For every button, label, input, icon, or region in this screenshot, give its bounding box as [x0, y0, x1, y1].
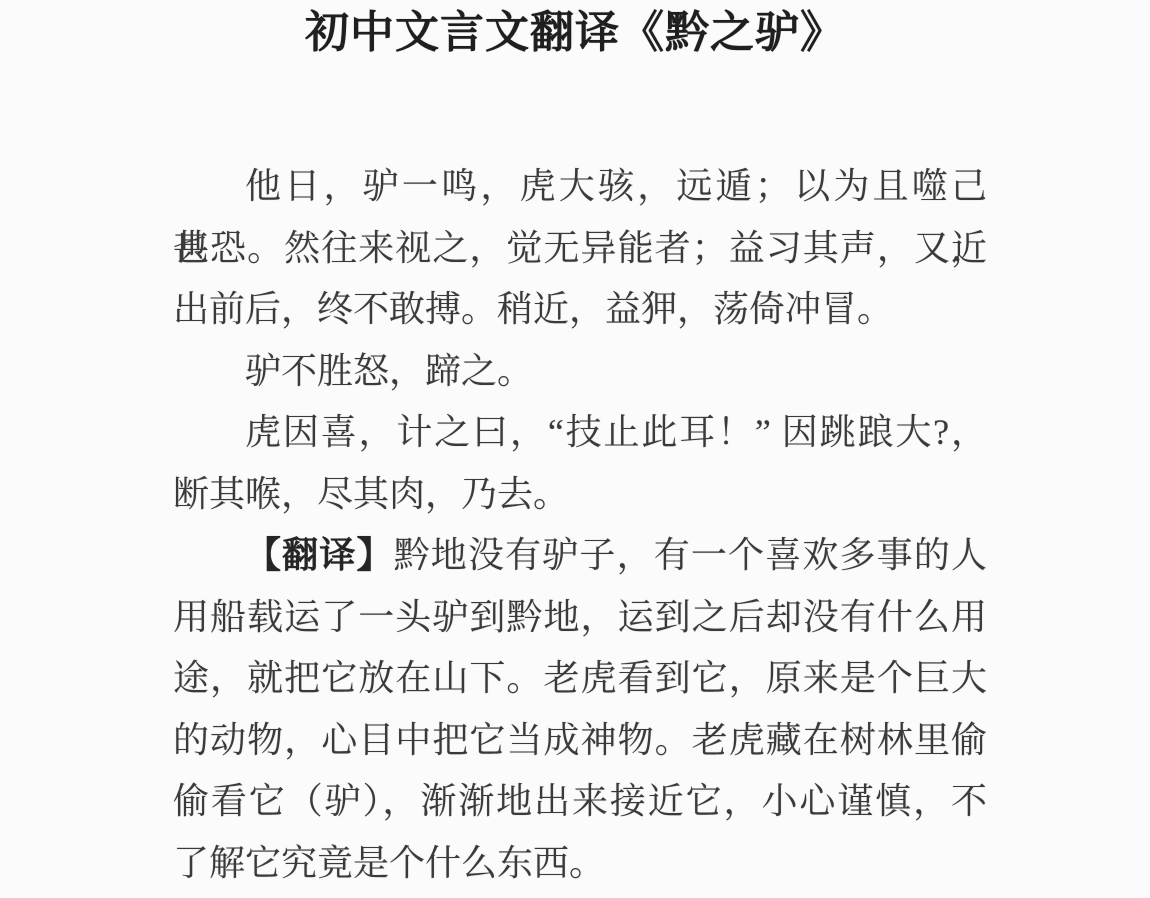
classical-text-line-3: 出前后，终不敢搏。稍近，益狎，荡倚冲冒。 [173, 279, 987, 341]
classical-text-line-6: 断其喉，尽其肉，乃去。 [173, 464, 987, 526]
translation-line-4: 的动物，心目中把它当成神物。老虎藏在树林里偷 [173, 710, 987, 772]
document-body: 他日，驴一鸣，虎大骇，远遁；以为且噬己也， 甚恐。然往来视之，觉无异能者；益习其… [173, 156, 987, 894]
translation-line-1-text: 黔地没有驴子，有一个喜欢多事的人 [394, 535, 987, 575]
translation-line-6: 了解它究竟是个什么东西。 [173, 833, 987, 895]
translation-line-3: 途，就把它放在山下。老虎看到它，原来是个巨大 [173, 648, 987, 710]
translation-line-5: 偷看它（驴），渐渐地出来接近它，小心谨慎，不 [173, 771, 987, 833]
document-page: 初中文言文翻译《黔之驴》 他日，驴一鸣，虎大骇，远遁；以为且噬己也， 甚恐。然往… [0, 0, 1150, 898]
translation-line-1: 【翻译】黔地没有驴子，有一个喜欢多事的人 [173, 525, 987, 587]
translation-label: 【翻译】 [245, 535, 394, 575]
page-title: 初中文言文翻译《黔之驴》 [0, 4, 1150, 62]
classical-text-line-2: 甚恐。然往来视之，觉无异能者；益习其声，又近 [173, 218, 987, 280]
classical-text-line-4: 驴不胜怒，蹄之。 [173, 341, 987, 403]
classical-text-line-1: 他日，驴一鸣，虎大骇，远遁；以为且噬己也， [173, 156, 987, 218]
translation-line-2: 用船载运了一头驴到黔地，运到之后却没有什么用 [173, 587, 987, 649]
classical-text-line-5: 虎因喜，计之曰，“技止此耳！” 因跳踉大?， [173, 402, 987, 464]
